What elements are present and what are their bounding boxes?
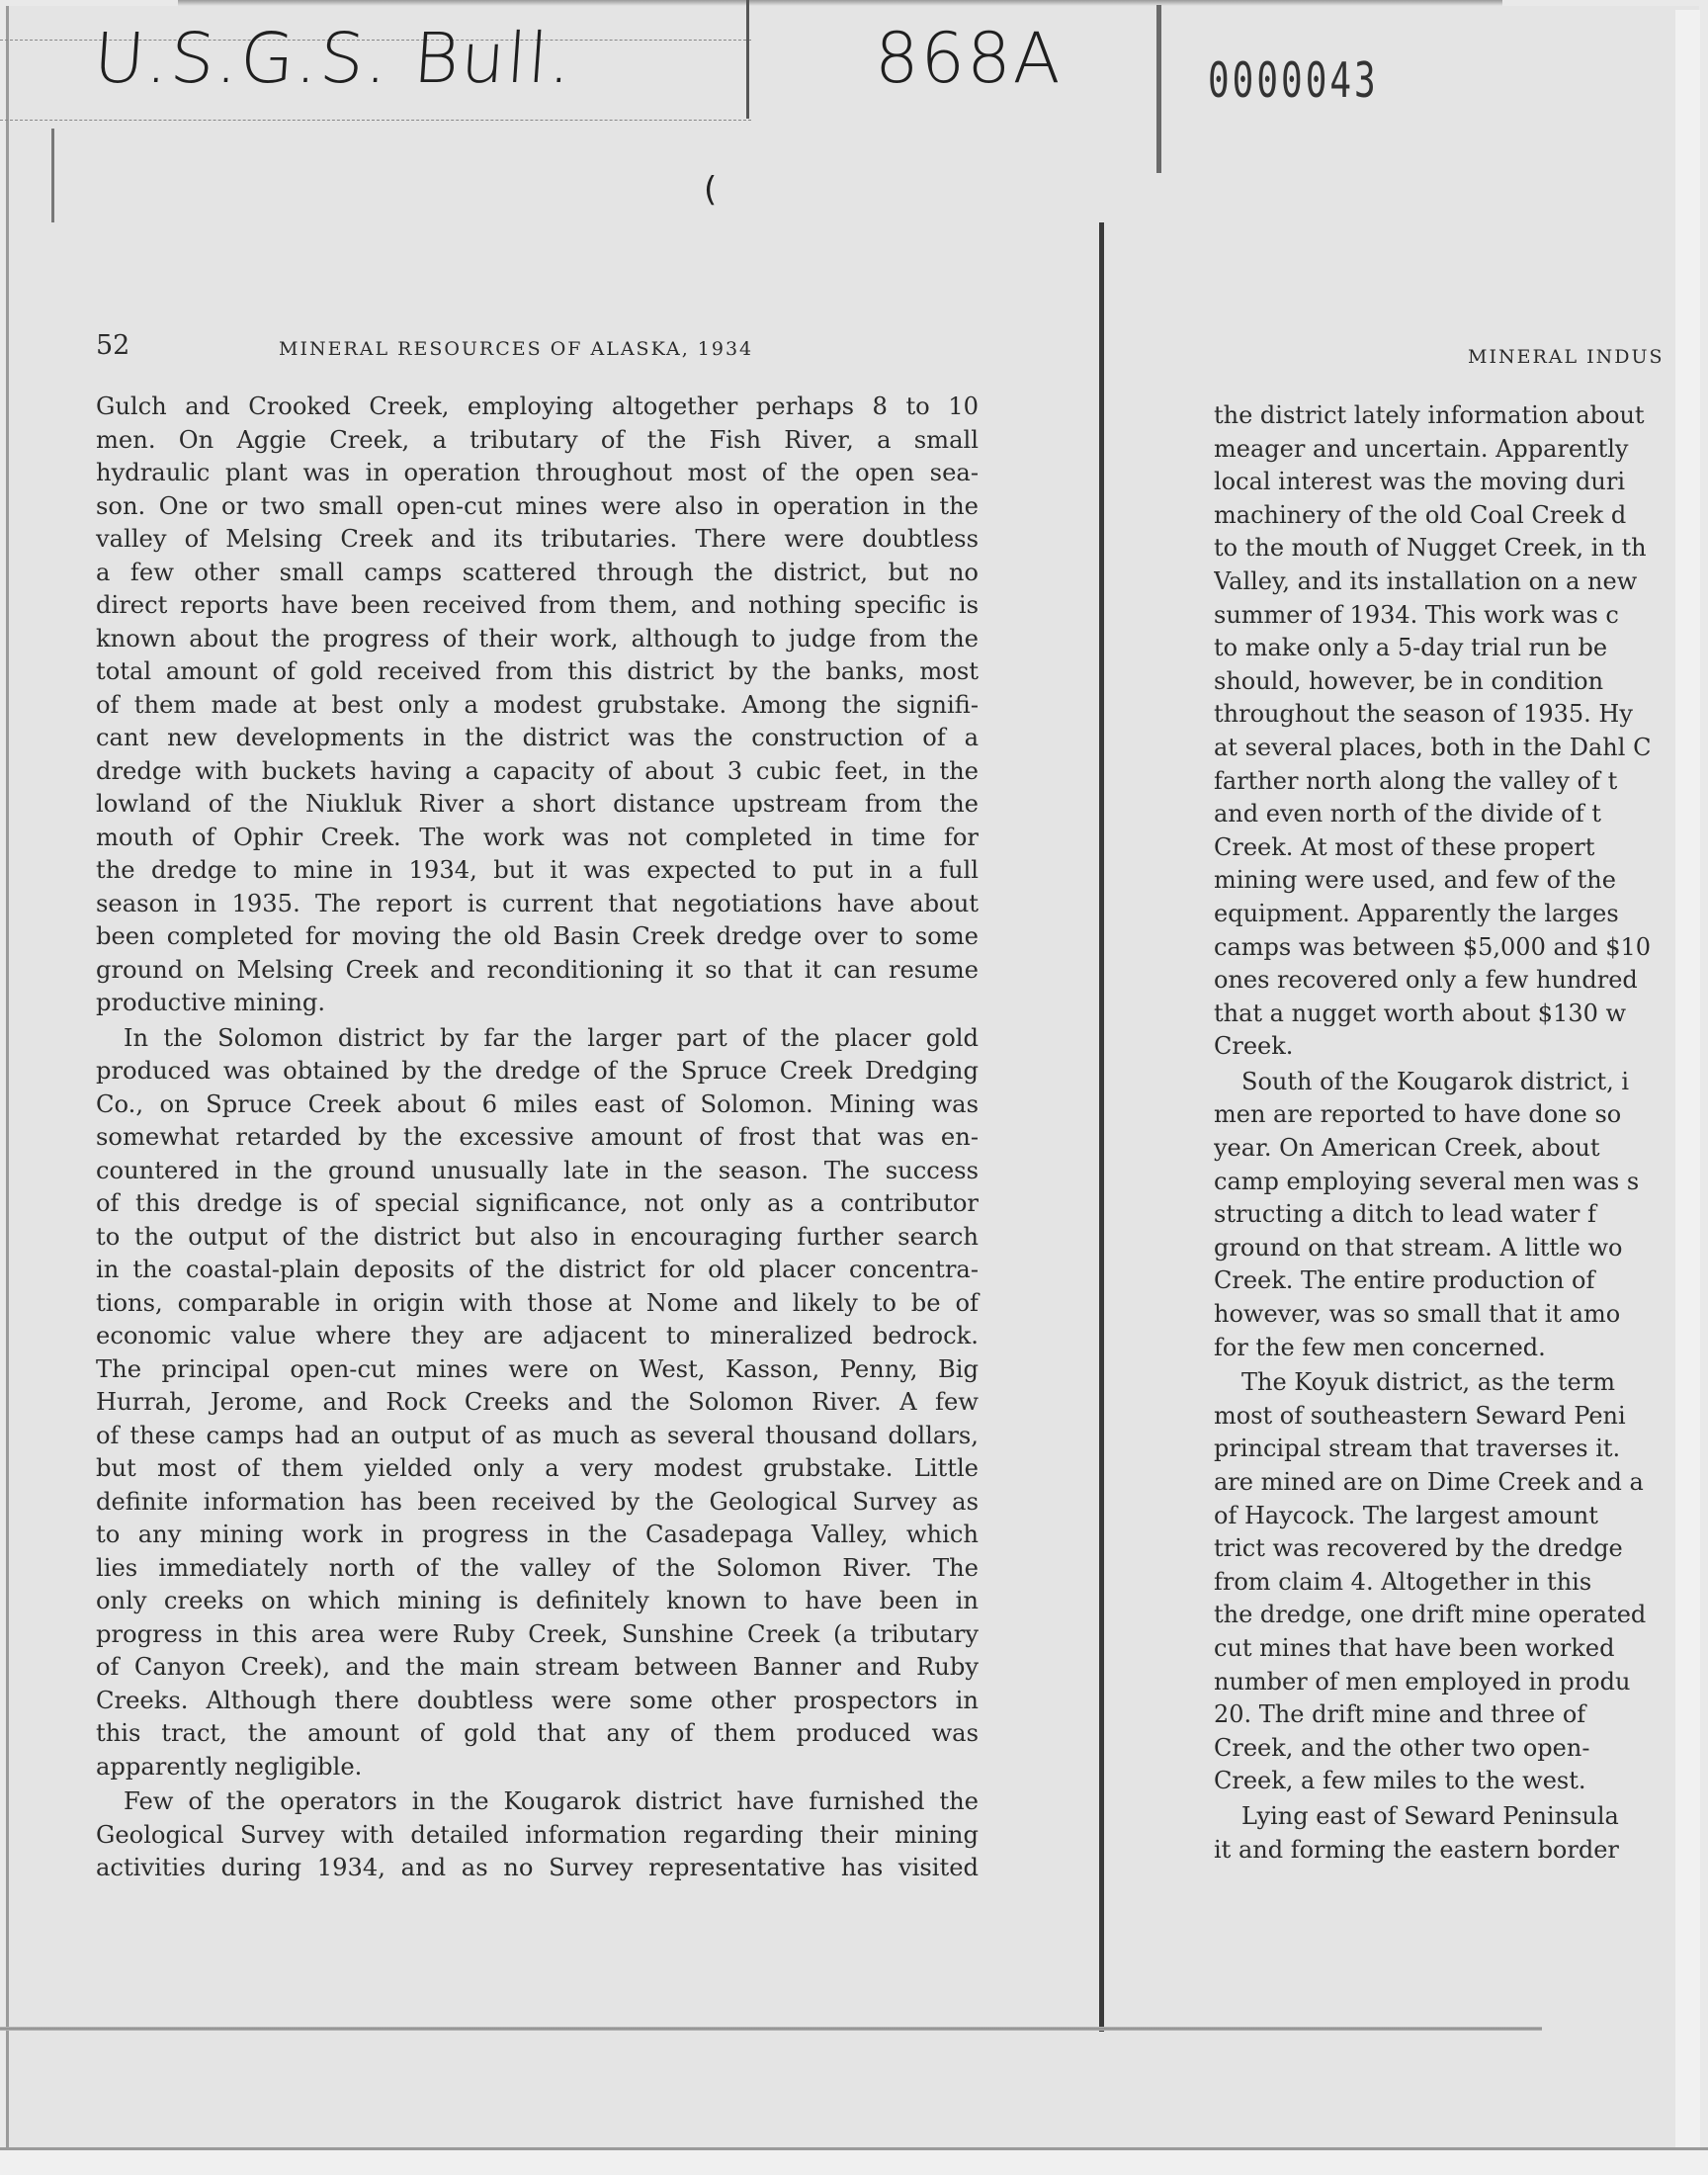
paragraph: Gulch and Crooked Creek, employing altog… xyxy=(96,391,979,1020)
text-line: Creek. The entire production of xyxy=(1214,1264,1678,1298)
text-line: are mined are on Dime Creek and a xyxy=(1214,1466,1678,1500)
text-line: machinery of the old Coal Creek d xyxy=(1214,499,1678,533)
text-line: productive mining. xyxy=(96,987,979,1020)
text-line: camps was between $5,000 and $10 xyxy=(1214,931,1678,965)
text-line: South of the Kougarok district, i xyxy=(1214,1066,1678,1099)
text-line: In the Solomon district by far the large… xyxy=(96,1022,979,1056)
text-line: only creeks on which mining is definitel… xyxy=(96,1585,979,1618)
text-line: year. On American Creek, about xyxy=(1214,1132,1678,1166)
text-line: men. On Aggie Creek, a tributary of the … xyxy=(96,424,979,458)
text-line: lowland of the Niukluk River a short dis… xyxy=(96,788,979,822)
paragraph: In the Solomon district by far the large… xyxy=(96,1022,979,1784)
text-line: son. One or two small open-cut mines wer… xyxy=(96,490,979,524)
text-line: activities during 1934, and as no Survey… xyxy=(96,1852,979,1885)
stamp-frame-edge xyxy=(1156,5,1161,173)
text-line: Creek. xyxy=(1214,1030,1678,1064)
text-line: lies immediately north of the valley of … xyxy=(96,1552,979,1586)
right-page-body: the district lately information aboutmea… xyxy=(1214,399,1678,1869)
text-line: dredge with buckets having a capacity of… xyxy=(96,755,979,789)
text-line: known about the progress of their work, … xyxy=(96,623,979,656)
text-line: of these camps had an output of as much … xyxy=(96,1420,979,1453)
text-line: should, however, be in condition xyxy=(1214,665,1678,699)
top-edge-shadow xyxy=(178,0,1502,6)
text-line: men are reported to have done so xyxy=(1214,1098,1678,1132)
text-line: meager and uncertain. Apparently xyxy=(1214,433,1678,467)
text-line: season in 1935. The report is current th… xyxy=(96,888,979,921)
text-line: farther north along the valley of t xyxy=(1214,765,1678,799)
text-line: to the mouth of Nugget Creek, in th xyxy=(1214,532,1678,565)
text-line: to any mining work in progress in the Ca… xyxy=(96,1519,979,1552)
text-line: a few other small camps scattered throug… xyxy=(96,557,979,590)
text-line: Creek. At most of these propert xyxy=(1214,831,1678,865)
text-line: of Canyon Creek), and the main stream be… xyxy=(96,1651,979,1685)
text-line: camp employing several men was s xyxy=(1214,1166,1678,1199)
paragraph: South of the Kougarok district, imen are… xyxy=(1214,1066,1678,1364)
label-divider xyxy=(746,0,749,119)
text-line: in the coastal-plain deposits of the dis… xyxy=(96,1254,979,1287)
text-line: but most of them yielded only a very mod… xyxy=(96,1452,979,1486)
text-line: ground on Melsing Creek and reconditioni… xyxy=(96,954,979,988)
text-line: Gulch and Crooked Creek, employing altog… xyxy=(96,391,979,424)
text-line: Creek, and the other two open- xyxy=(1214,1732,1678,1766)
text-line: Lying east of Seward Peninsula xyxy=(1214,1800,1678,1834)
text-line: of this dredge is of special significanc… xyxy=(96,1187,979,1221)
text-line: of Haycock. The largest amount xyxy=(1214,1500,1678,1533)
text-line: mouth of Ophir Creek. The work was not c… xyxy=(96,822,979,855)
text-line: been completed for moving the old Basin … xyxy=(96,920,979,954)
text-line: structing a ditch to lead water f xyxy=(1214,1198,1678,1232)
text-line: trict was recovered by the dredge xyxy=(1214,1532,1678,1566)
paragraph: Lying east of Seward Peninsulait and for… xyxy=(1214,1800,1678,1867)
page-number: 52 xyxy=(96,330,129,361)
page-gutter-line xyxy=(1099,222,1104,2032)
text-line: somewhat retarded by the excessive amoun… xyxy=(96,1121,979,1155)
text-line: countered in the ground unusually late i… xyxy=(96,1155,979,1188)
handwritten-bulletin-number: 868A xyxy=(875,18,1063,99)
scan-bottom-margin xyxy=(0,2147,1708,2175)
text-line: ones recovered only a few hundred xyxy=(1214,964,1678,998)
text-line: economic value where they are adjacent t… xyxy=(96,1320,979,1353)
running-head: MINERAL RESOURCES OF ALASKA, 1934 xyxy=(279,338,753,360)
text-line: that a nugget worth about $130 w xyxy=(1214,998,1678,1031)
pencil-mark: ( xyxy=(704,170,717,210)
text-line: the district lately information about xyxy=(1214,399,1678,433)
text-line: to the output of the district but also i… xyxy=(96,1221,979,1255)
text-line: most of southeastern Seward Peni xyxy=(1214,1400,1678,1434)
text-line: however, was so small that it amo xyxy=(1214,1298,1678,1332)
text-line: principal stream that traverses it. xyxy=(1214,1433,1678,1466)
text-line: it and forming the eastern border xyxy=(1214,1834,1678,1868)
text-line: number of men employed in produ xyxy=(1214,1666,1678,1699)
paragraph: Few of the operators in the Kougarok dis… xyxy=(96,1785,979,1885)
text-line: ground on that stream. A little wo xyxy=(1214,1232,1678,1265)
text-line: apparently negligible. xyxy=(96,1751,979,1784)
paragraph: The Koyuk district, as the termmost of s… xyxy=(1214,1366,1678,1798)
text-line: the dredge, one drift mine operated xyxy=(1214,1599,1678,1632)
text-line: The principal open-cut mines were on Wes… xyxy=(96,1353,979,1387)
text-line: at several places, both in the Dahl C xyxy=(1214,732,1678,765)
page-bottom-shadow-line xyxy=(0,2027,1542,2031)
text-line: Creeks. Although there doubtless were so… xyxy=(96,1685,979,1718)
text-line: Creek, a few miles to the west. xyxy=(1214,1765,1678,1798)
text-line: The Koyuk district, as the term xyxy=(1214,1366,1678,1400)
handwritten-series-label: U.S.G.S. Bull. xyxy=(91,18,576,99)
text-line: from claim 4. Altogether in this xyxy=(1214,1566,1678,1600)
text-line: for the few men concerned. xyxy=(1214,1332,1678,1365)
text-line: valley of Melsing Creek and its tributar… xyxy=(96,523,979,557)
left-page-header: 52 MINERAL RESOURCES OF ALASKA, 1934 xyxy=(96,330,985,370)
text-line: Co., on Spruce Creek about 6 miles east … xyxy=(96,1088,979,1122)
text-line: total amount of gold received from this … xyxy=(96,655,979,689)
text-line: summer of 1934. This work was c xyxy=(1214,599,1678,633)
text-line: this tract, the amount of gold that any … xyxy=(96,1717,979,1751)
text-line: 20. The drift mine and three of xyxy=(1214,1698,1678,1732)
text-line: Few of the operators in the Kougarok dis… xyxy=(96,1785,979,1819)
text-line: the dredge to mine in 1934, but it was e… xyxy=(96,854,979,888)
scan-right-margin xyxy=(1675,10,1700,2165)
left-page-body: Gulch and Crooked Creek, employing altog… xyxy=(96,391,979,1887)
crop-mark xyxy=(51,129,54,222)
text-line: hydraulic plant was in operation through… xyxy=(96,457,979,490)
text-line: local interest was the moving duri xyxy=(1214,466,1678,499)
text-line: and even north of the divide of t xyxy=(1214,798,1678,831)
text-line: cut mines that have been worked xyxy=(1214,1632,1678,1666)
text-line: throughout the season of 1935. Hy xyxy=(1214,698,1678,732)
paragraph: the district lately information aboutmea… xyxy=(1214,399,1678,1064)
text-line: produced was obtained by the dredge of t… xyxy=(96,1055,979,1088)
text-line: Valley, and its installation on a new xyxy=(1214,565,1678,599)
text-line: cant new developments in the district wa… xyxy=(96,722,979,755)
right-running-head: MINERAL INDUS xyxy=(1468,346,1665,368)
text-line: to make only a 5-day trial run be xyxy=(1214,632,1678,665)
text-line: progress in this area were Ruby Creek, S… xyxy=(96,1618,979,1652)
text-line: direct reports have been received from t… xyxy=(96,589,979,623)
frame-number: 0000043 xyxy=(1208,54,1379,109)
text-line: Hurrah, Jerome, and Rock Creeks and the … xyxy=(96,1386,979,1420)
text-line: of them made at best only a modest grubs… xyxy=(96,689,979,723)
text-line: Geological Survey with detailed informat… xyxy=(96,1819,979,1853)
text-line: definite information has been received b… xyxy=(96,1486,979,1520)
text-line: tions, comparable in origin with those a… xyxy=(96,1287,979,1321)
text-line: equipment. Apparently the larges xyxy=(1214,898,1678,931)
text-line: mining were used, and few of the xyxy=(1214,864,1678,898)
